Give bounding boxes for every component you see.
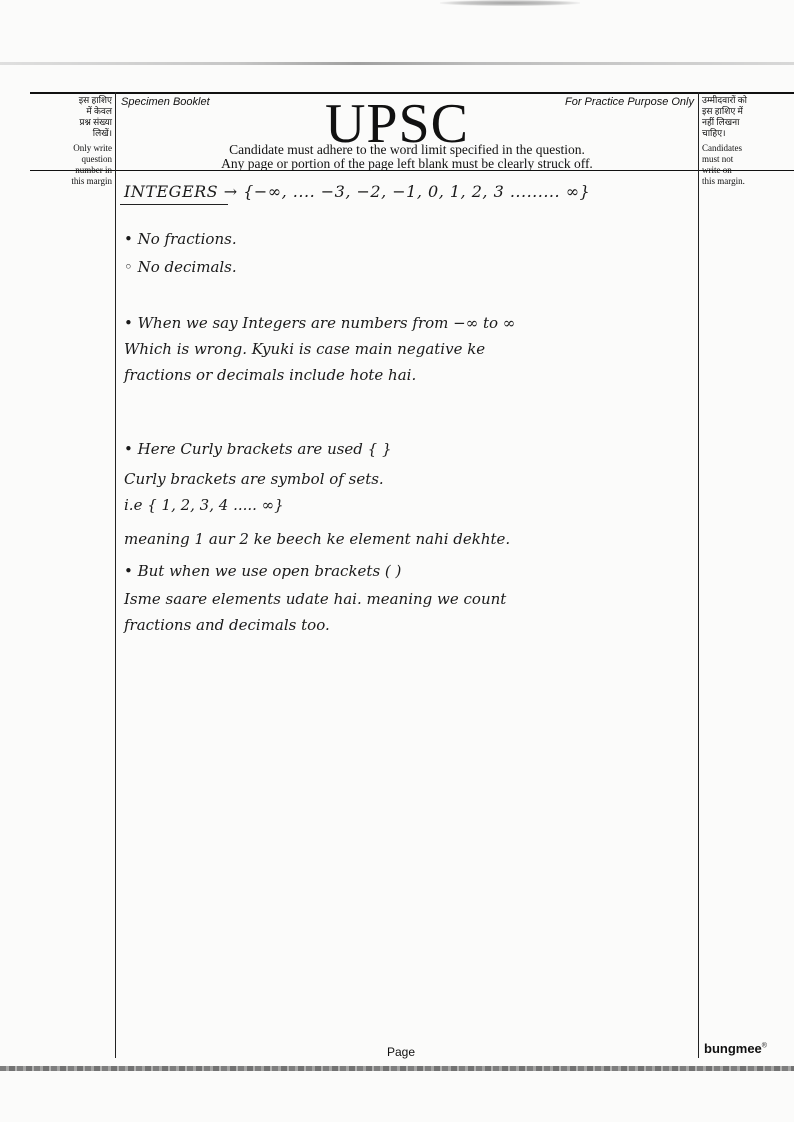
answer-line: Curly brackets are symbol of sets. [124, 470, 384, 488]
right-margin-english-line: write on [702, 165, 792, 176]
left-margin-english-line: this margin [30, 176, 112, 187]
page-label: Page [387, 1045, 415, 1059]
answer-line: fractions and decimals too. [124, 616, 330, 634]
answer-line: Which is wrong. Kyuki is case main negat… [124, 340, 485, 358]
answer-line: • No fractions. [124, 230, 237, 248]
answer-line: • Here Curly brackets are used { } [124, 440, 392, 458]
answer-line: • When we say Integers are numbers from … [124, 314, 515, 332]
bungmee-logo: bungmee® [704, 1041, 767, 1056]
answer-line: • But when we use open brackets ( ) [124, 562, 401, 580]
left-margin-rule [115, 92, 116, 1058]
left-margin-english-line: number in [30, 165, 112, 176]
right-margin-english-line: this margin. [702, 176, 792, 187]
answer-line: fractions or decimals include hote hai. [124, 366, 416, 384]
heading-underline [120, 204, 228, 205]
left-margin-english-line: question [30, 154, 112, 165]
right-margin-rule [698, 92, 699, 1058]
scan-artifact-bottom [0, 1066, 794, 1071]
scan-artifact-line [0, 62, 794, 65]
answer-line: Isme saare elements udate hai. meaning w… [124, 590, 506, 608]
answer-line: ◦ No decimals. [124, 258, 237, 276]
answer-line: i.e { 1, 2, 3, 4 ..... ∞} [124, 496, 284, 514]
instruction-blank-page: Any page or portion of the page left bla… [116, 156, 698, 172]
right-margin-english-line: must not [702, 154, 792, 165]
registered-mark-icon: ® [762, 1043, 767, 1050]
answer-line: meaning 1 aur 2 ke beech ke element nahi… [124, 530, 510, 548]
scan-artifact-top [440, 0, 580, 6]
answer-heading: INTEGERS → {−∞, .... −3, −2, −1, 0, 1, 2… [124, 182, 590, 201]
logo-text: bungmee [704, 1041, 762, 1056]
